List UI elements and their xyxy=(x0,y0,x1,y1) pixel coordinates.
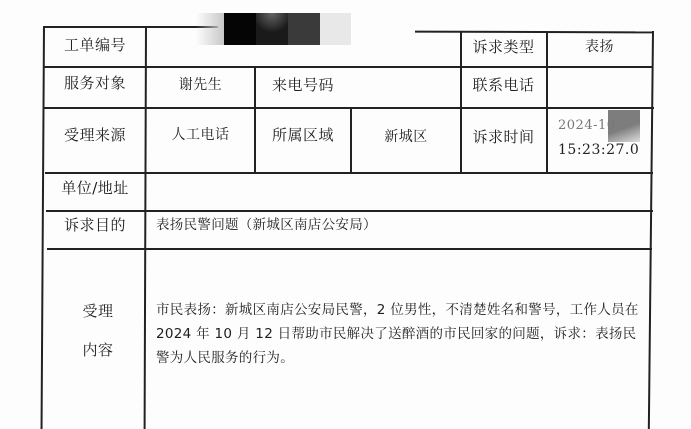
client-label: 服务对象 xyxy=(45,67,145,97)
content-label-line2: 内容 xyxy=(82,339,113,360)
ticket-number-label: 工单编号 xyxy=(45,27,145,61)
complaint-type-value: 表扬 xyxy=(547,32,652,60)
caller-phone-value xyxy=(352,67,460,101)
complaint-time-value: 2024-10 15:23:27.0 xyxy=(558,110,648,166)
contact-phone-value xyxy=(547,67,652,101)
source-label: 受理来源 xyxy=(45,108,145,160)
district-value: 新城区 xyxy=(352,108,460,164)
district-label: 所属区域 xyxy=(256,108,350,160)
ticket-number-value xyxy=(147,27,459,66)
purpose-value: 表扬民警问题（新城区南店公安局） xyxy=(156,213,377,233)
complaint-form-document: 工单编号 诉求类型 表扬 服务对象 谢先生 来电号码 联系电话 受理来源 人工电… xyxy=(0,0,691,429)
complaint-time-clock: 15:23:27.0 xyxy=(558,138,639,162)
content-label-line1: 受理 xyxy=(82,300,113,321)
complaint-time-label: 诉求时间 xyxy=(461,108,546,164)
complaint-time-date: 2024-10 xyxy=(558,114,616,138)
purpose-label: 诉求目的 xyxy=(45,211,145,237)
caller-phone-label: 来电号码 xyxy=(256,67,350,101)
contact-phone-label: 联系电话 xyxy=(461,67,546,101)
address-label: 单位/地址 xyxy=(45,173,145,201)
table-border-left xyxy=(41,26,45,429)
source-value: 人工电话 xyxy=(147,108,254,160)
content-value: 市民表扬：新城区南店公安局民警，2 位男性，不清楚姓名和警号，工作人员在 202… xyxy=(156,298,642,370)
content-label: 受理 内容 xyxy=(45,300,151,360)
client-value: 谢先生 xyxy=(147,67,254,101)
row-divider-5 xyxy=(47,248,652,250)
complaint-type-label: 诉求类型 xyxy=(461,32,546,60)
address-value xyxy=(147,173,653,210)
